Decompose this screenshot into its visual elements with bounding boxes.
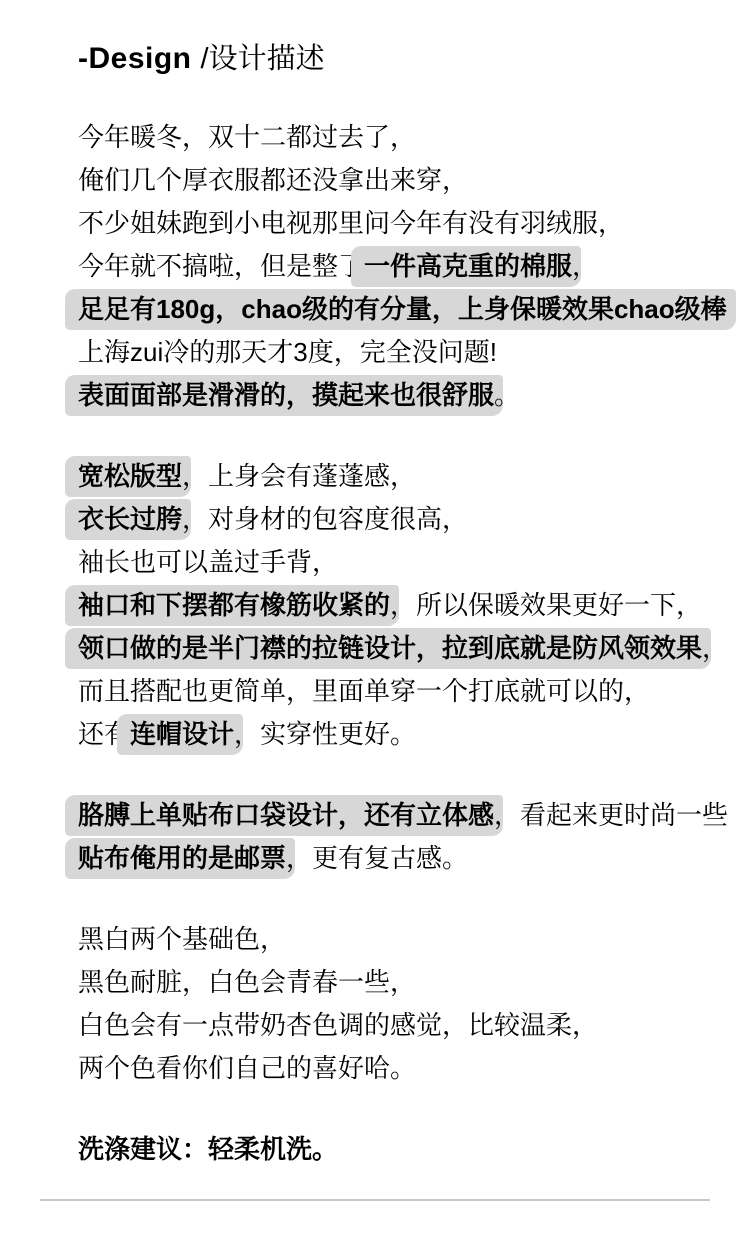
plain-text: 洗涤建议：轻柔机洗。 — [78, 1134, 338, 1164]
text-line: 胳膊上单贴布口袋设计，还有立体感，看起来更时尚一些 — [78, 794, 710, 837]
plain-text: ，所以保暖效果更好一下， — [390, 590, 702, 620]
text-line: 衣长过胯，对身材的包容度很高， — [78, 498, 710, 541]
text-line: 上海zui冷的那天才3度，完全没问题! — [78, 331, 710, 374]
highlighted-text: 足足有180g，chao级的有分量，上身保暖效果chao级棒 — [65, 289, 736, 330]
text-line: 袖长也可以盖过手背， — [78, 541, 710, 584]
plain-text: 今年就不搞啦，但是整了 — [78, 251, 364, 281]
plain-text: 上海zui冷的那天才3度，完全没问题! — [78, 337, 497, 367]
text-line: 袖口和下摆都有橡筋收紧的，所以保暖效果更好一下， — [78, 584, 710, 627]
text-line: 宽松版型，上身会有蓬蓬感， — [78, 455, 710, 498]
paragraph-pocket: 胳膊上单贴布口袋设计，还有立体感，看起来更时尚一些贴布俺用的是邮票，更有复古感。 — [78, 794, 710, 880]
plain-text: ，对身材的包容度很高， — [182, 504, 468, 534]
highlighted-text: 连帽设计 — [117, 714, 243, 755]
highlighted-text: 袖口和下摆都有橡筋收紧的 — [65, 585, 399, 626]
plain-text: 而且搭配也更简单，里面单穿一个打底就可以的， — [78, 676, 650, 706]
text-line: 俺们几个厚衣服都还没拿出来穿， — [78, 159, 710, 202]
plain-text: ， — [572, 251, 598, 281]
plain-text: 黑色耐脏，白色会青春一些， — [78, 967, 416, 997]
plain-text: 。 — [494, 380, 520, 410]
section-divider — [40, 1199, 710, 1201]
highlighted-text: 领口做的是半门襟的拉链设计，拉到底就是防风领效果 — [65, 628, 711, 669]
text-line: 黑白两个基础色， — [78, 918, 710, 961]
paragraph-intro: 今年暖冬，双十二都过去了，俺们几个厚衣服都还没拿出来穿，不少姐妹跑到小电视那里问… — [78, 116, 710, 417]
plain-text: ，看起来更时尚一些 — [494, 800, 728, 830]
highlighted-text: 一件高克重的棉服 — [351, 246, 581, 287]
plain-text: 今年暖冬，双十二都过去了， — [78, 122, 416, 152]
page-title-zh: /设计描述 — [201, 43, 325, 75]
paragraph-fit: 宽松版型，上身会有蓬蓬感，衣长过胯，对身材的包容度很高，袖长也可以盖过手背，袖口… — [78, 455, 710, 756]
plain-text: 俺们几个厚衣服都还没拿出来穿， — [78, 165, 468, 195]
highlighted-text: 宽松版型 — [65, 456, 191, 497]
plain-text: ，上身会有蓬蓬感， — [182, 461, 416, 491]
paragraph-colors: 黑白两个基础色，黑色耐脏，白色会青春一些，白色会有一点带奶杏色调的感觉，比较温柔… — [78, 918, 710, 1090]
plain-text: 黑白两个基础色， — [78, 924, 286, 954]
text-line: 而且搭配也更简单，里面单穿一个打底就可以的， — [78, 670, 710, 713]
highlighted-text: 表面面部是滑滑的，摸起来也很舒服 — [65, 375, 503, 416]
highlighted-text: 衣长过胯 — [65, 499, 191, 540]
text-line: 两个色看你们自己的喜好哈。 — [78, 1047, 710, 1090]
text-line: 洗涤建议：轻柔机洗。 — [78, 1128, 710, 1171]
plain-text: 袖长也可以盖过手背， — [78, 547, 338, 577]
plain-text: 两个色看你们自己的喜好哈。 — [78, 1053, 416, 1083]
text-line: 今年就不搞啦，但是整了一件高克重的棉服， — [78, 245, 710, 288]
page-title: -Design/设计描述 — [78, 42, 710, 76]
text-line: 贴布俺用的是邮票，更有复古感。 — [78, 837, 710, 880]
plain-text: ，更有复古感。 — [286, 843, 468, 873]
page-title-en: -Design — [78, 42, 192, 75]
text-line: 领口做的是半门襟的拉链设计，拉到底就是防风领效果， — [78, 627, 710, 670]
highlighted-text: 胳膊上单贴布口袋设计，还有立体感 — [65, 795, 503, 836]
text-line: 今年暖冬，双十二都过去了， — [78, 116, 710, 159]
plain-text: ，实穿性更好。 — [234, 719, 416, 749]
highlighted-text: 贴布俺用的是邮票 — [65, 838, 295, 879]
paragraphs: 今年暖冬，双十二都过去了，俺们几个厚衣服都还没拿出来穿，不少姐妹跑到小电视那里问… — [78, 116, 710, 1171]
plain-text: ， — [702, 633, 728, 663]
text-line: 足足有180g，chao级的有分量，上身保暖效果chao级棒 — [78, 288, 710, 331]
text-line: 白色会有一点带奶杏色调的感觉，比较温柔， — [78, 1004, 710, 1047]
paragraph-care: 洗涤建议：轻柔机洗。 — [78, 1128, 710, 1171]
design-description-page: -Design/设计描述 今年暖冬，双十二都过去了，俺们几个厚衣服都还没拿出来穿… — [0, 0, 750, 1201]
plain-text: 不少姐妹跑到小电视那里问今年有没有羽绒服， — [78, 208, 624, 238]
text-line: 黑色耐脏，白色会青春一些， — [78, 961, 710, 1004]
text-line: 表面面部是滑滑的，摸起来也很舒服。 — [78, 374, 710, 417]
text-line: 还有连帽设计，实穿性更好。 — [78, 713, 710, 756]
plain-text: 白色会有一点带奶杏色调的感觉，比较温柔， — [78, 1010, 598, 1040]
text-line: 不少姐妹跑到小电视那里问今年有没有羽绒服， — [78, 202, 710, 245]
